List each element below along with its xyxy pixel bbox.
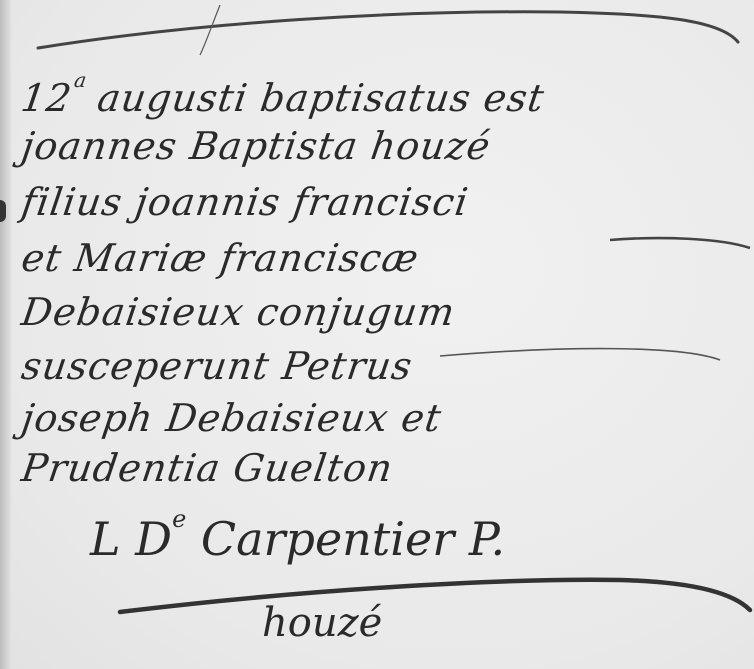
witness-signature: houzé bbox=[262, 600, 382, 646]
register-line-6: susceperunt Petrus bbox=[19, 344, 415, 388]
entry-day-suffix: a bbox=[73, 68, 89, 92]
register-line-5: Debaisieux conjugum bbox=[19, 290, 458, 334]
register-line-3: filius joannis francisci bbox=[19, 180, 471, 224]
signature-name: Carpentier bbox=[201, 512, 454, 566]
register-line-2: joannes Baptista houzé bbox=[19, 124, 494, 168]
line-text: augusti baptisatus est bbox=[95, 76, 548, 120]
register-line-4: et Mariæ franciscæ bbox=[19, 236, 422, 280]
register-line-1: 12a augusti baptisatus est bbox=[18, 68, 548, 120]
priest-signature: L De Carpentier P. bbox=[90, 505, 505, 566]
signature-initial-sup: e bbox=[172, 505, 186, 533]
signature-suffix: P. bbox=[469, 512, 505, 566]
register-line-8: Prudentia Guelton bbox=[19, 446, 396, 490]
register-line-7: joseph Debaisieux et bbox=[19, 396, 445, 440]
signature-initial: D bbox=[135, 512, 172, 566]
manuscript-page: 12a augusti baptisatus est joannes Bapti… bbox=[0, 0, 754, 669]
entry-day: 12 bbox=[18, 76, 75, 120]
signature-prefix: L bbox=[90, 512, 121, 566]
